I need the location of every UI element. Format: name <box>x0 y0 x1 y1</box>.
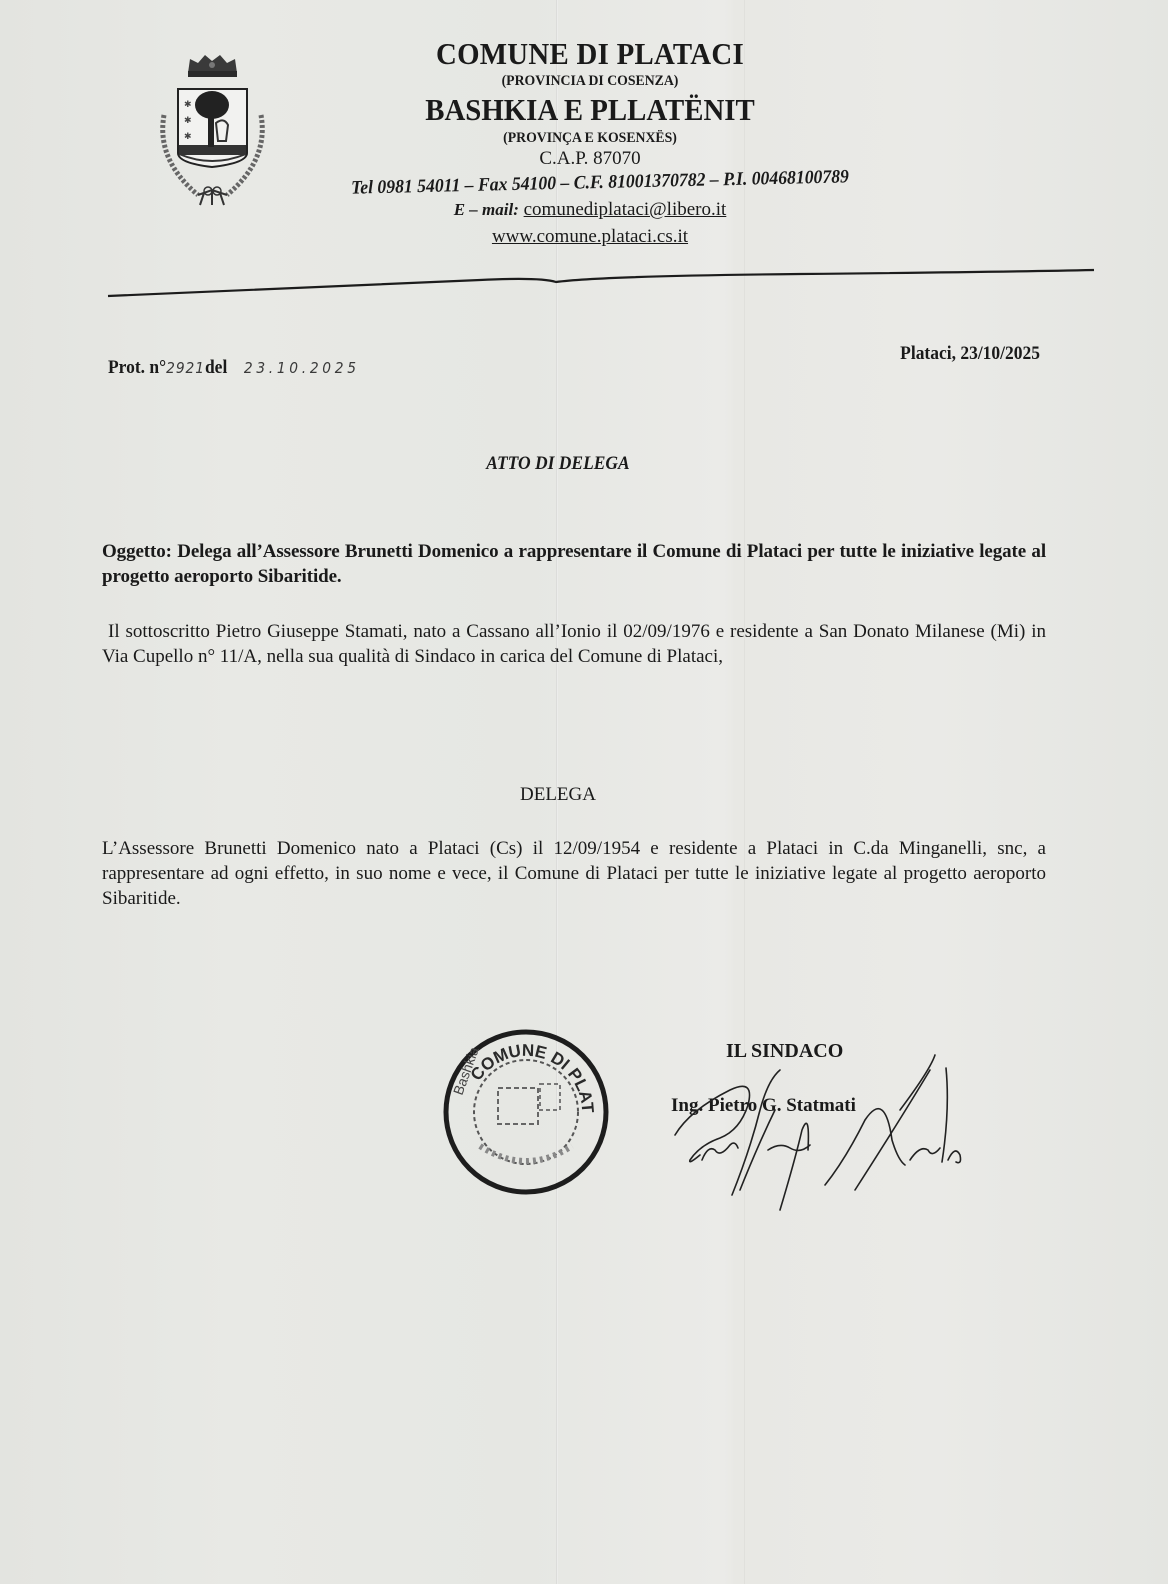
delega-paragraph: L’Assessore Brunetti Domenico nato a Pla… <box>102 836 1046 911</box>
protocol-number-handwritten: 2921 <box>166 359 205 377</box>
website-link[interactable]: www.comune.plataci.cs.it <box>492 226 688 247</box>
email-line: E – mail: comunediplataci@libero.it <box>280 199 900 221</box>
svg-text:✱: ✱ <box>184 115 192 125</box>
province-arberesh: (PROVINÇA E KOSENXËS) <box>296 130 885 147</box>
municipality-name-arberesh: BASHKIA E PLLATËNIT <box>302 92 879 128</box>
protocol-del-label: del <box>205 357 227 378</box>
letterhead: ✱ ✱ ✱ COMUNE DI PLATACI (PROVINCIA DI CO… <box>0 0 1168 260</box>
province-italian: (PROVINCIA DI COSENZA) <box>296 73 885 90</box>
handwritten-signature-icon <box>660 1050 980 1220</box>
document-title: ATTO DI DELEGA <box>45 453 1072 475</box>
protocol-date-handwritten: 23.10.2025 <box>244 359 360 377</box>
svg-text:✱: ✱ <box>184 131 192 141</box>
place-and-date: Plataci, 23/10/2025 <box>900 343 1040 365</box>
contact-numbers: Tel 0981 54011 – Fax 54100 – C.F. 810013… <box>302 165 898 200</box>
municipality-name-italian: COMUNE DI PLATACI <box>302 36 879 72</box>
protocol-number: Prot. n°2921del23.10.2025 <box>108 357 360 379</box>
delega-heading: DELEGA <box>0 784 1116 806</box>
intro-paragraph: Il sottoscritto Pietro Giuseppe Stamati,… <box>102 619 1046 669</box>
email-link[interactable]: comunediplataci@libero.it <box>524 199 727 220</box>
official-stamp-icon: COMUNE DI PLATACI Bashkia <box>440 1026 612 1198</box>
subject-paragraph: Oggetto: Delega all’Assessore Brunetti D… <box>102 539 1046 589</box>
coat-of-arms-icon: ✱ ✱ ✱ <box>150 45 275 210</box>
website-line: www.comune.plataci.cs.it <box>280 226 900 248</box>
header-divider <box>0 260 1168 300</box>
email-label: E – mail: <box>454 200 519 219</box>
svg-text:✱: ✱ <box>184 99 192 109</box>
protocol-label: Prot. n° <box>108 357 166 378</box>
